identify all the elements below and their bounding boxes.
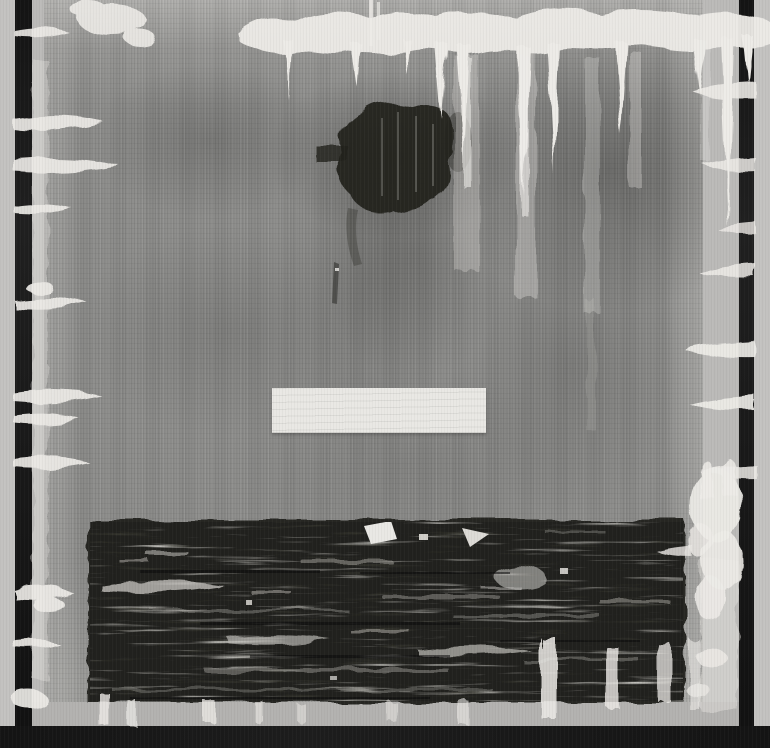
right-frame-bar (739, 0, 754, 748)
bottom-frame-bar (0, 726, 770, 748)
impasto-cracks (130, 570, 640, 699)
icicle-drips (283, 36, 753, 230)
left-frame-bar (15, 0, 32, 748)
canvas-thread-texture (0, 0, 770, 748)
translucent-runs (454, 40, 710, 430)
paint-overlay (0, 0, 770, 748)
gray-field (44, 0, 703, 704)
white-rectangle (272, 388, 486, 433)
bottom-drip-marks (100, 638, 700, 726)
dark-blotch (316, 103, 472, 304)
photo-vignette (0, 0, 770, 748)
impasto-streaks (100, 530, 670, 691)
left-drip-fingers (12, 60, 120, 709)
top-drip-band (14, 0, 770, 430)
bottom-strip (32, 702, 739, 726)
right-drip-blobs (656, 82, 756, 710)
white-chips (246, 521, 568, 680)
top-left-splashes (14, 0, 156, 46)
impasto-band (88, 520, 685, 703)
artwork-photo (0, 0, 770, 748)
